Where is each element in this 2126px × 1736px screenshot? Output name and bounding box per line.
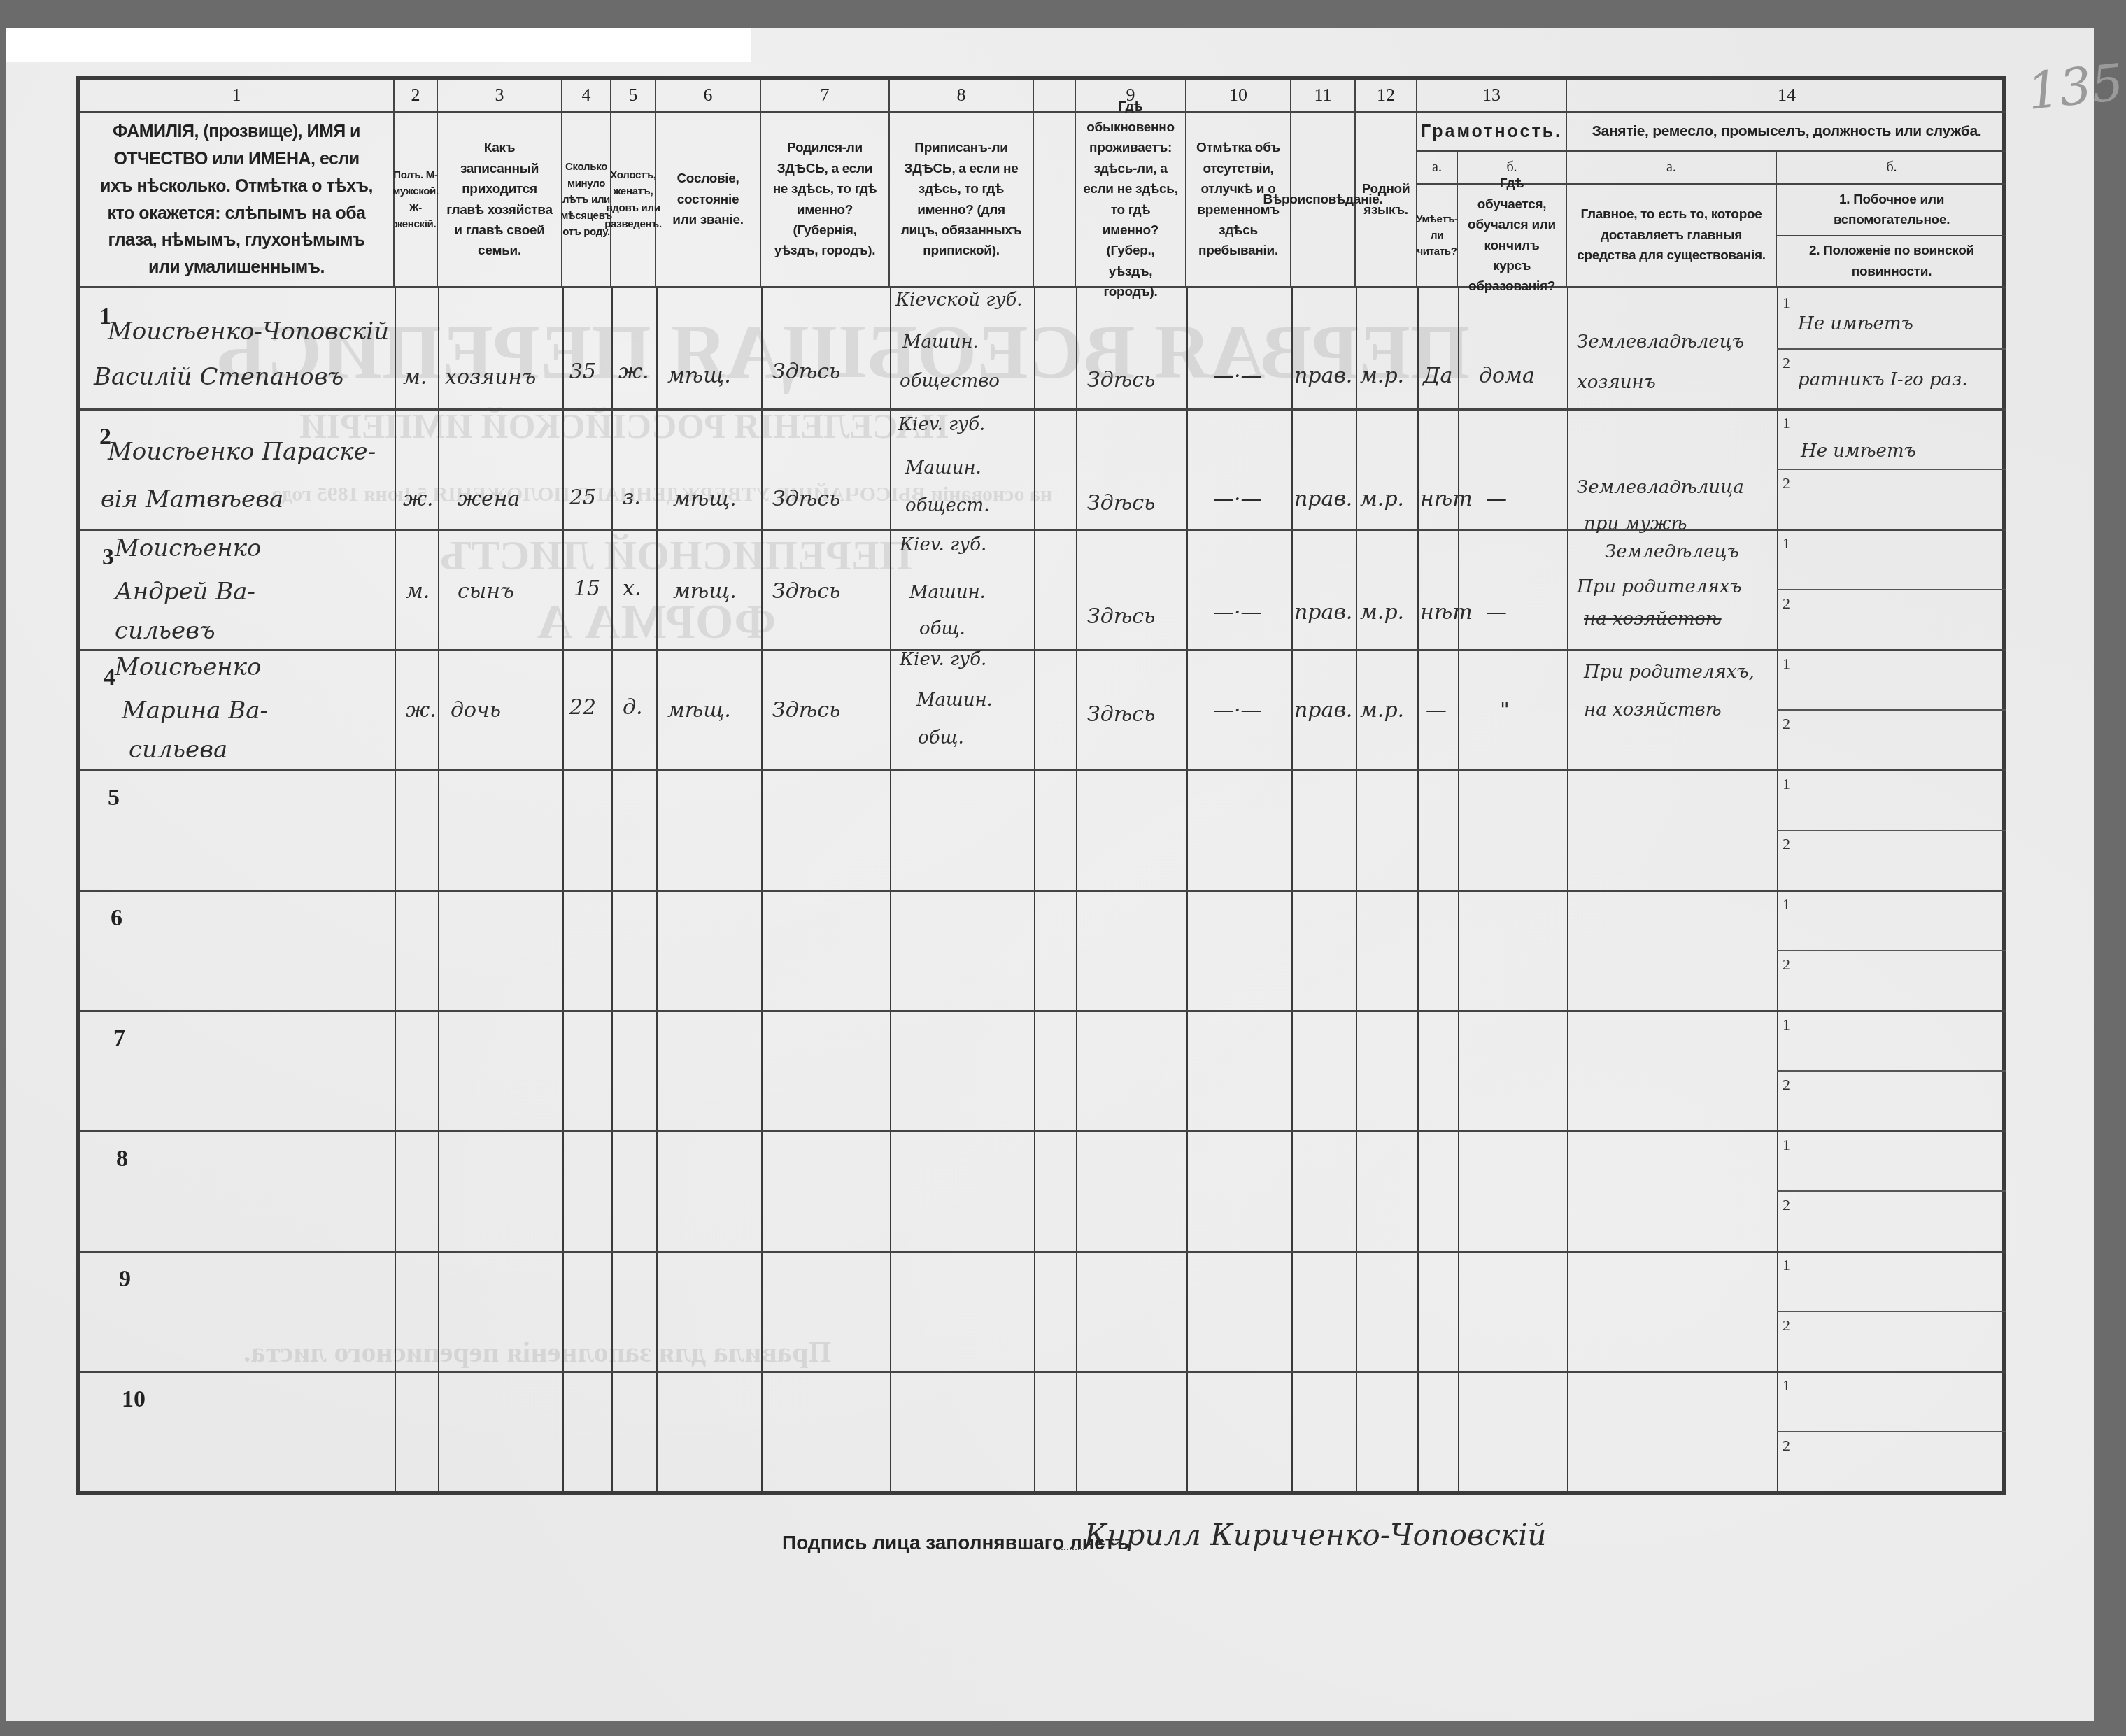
person-estate: мѣщ. bbox=[673, 579, 737, 604]
row-divider bbox=[80, 529, 1777, 531]
row-divider bbox=[1777, 649, 2006, 651]
subrow-divider bbox=[1777, 589, 2006, 590]
person-residence: Здѣсь bbox=[1087, 368, 1155, 392]
person-occupation-main-2: на хозяйствѣ bbox=[1584, 699, 1722, 720]
col-num-6: 6 bbox=[656, 80, 761, 113]
person-residence: Здѣсь bbox=[1087, 604, 1155, 629]
signature-label: Подпись лица заполнявшаго листъ bbox=[782, 1532, 1129, 1554]
person-occupation-struck: на хозяйствѣ bbox=[1584, 609, 1722, 629]
signature-leader bbox=[1056, 1549, 1084, 1550]
subrow-label: 2 bbox=[1783, 955, 1790, 974]
row-divider bbox=[80, 890, 1777, 892]
person-birthplace: Здѣсь bbox=[772, 579, 840, 604]
person-surname: Моисѣенко-Чоповскій bbox=[108, 318, 389, 346]
person-birthplace: Здѣсь bbox=[772, 360, 840, 384]
person-education: — bbox=[1486, 487, 1507, 511]
col-num-10: 10 bbox=[1186, 80, 1291, 113]
person-given-name: Василій Степановъ bbox=[94, 363, 343, 391]
person-side-occupation: Не имѣетъ bbox=[1801, 441, 1916, 462]
subrow-label: 2 bbox=[1783, 1437, 1790, 1455]
person-relation: жена bbox=[458, 487, 520, 511]
col-header-occupation: Занятіе, ремесло, промыселъ, должность и… bbox=[1567, 113, 2006, 152]
signature: Кирилл Кириченко-Чоповскій bbox=[1084, 1518, 1547, 1552]
person-marital: ж. bbox=[618, 360, 649, 384]
person-given-name: вія Матвѣева bbox=[101, 485, 283, 513]
person-age: 25 bbox=[569, 485, 596, 510]
person-marital: д. bbox=[623, 695, 643, 720]
row-number: 9 bbox=[119, 1266, 131, 1293]
subrow-label: 2 bbox=[1783, 354, 1790, 372]
person-residence: Здѣсь bbox=[1087, 702, 1155, 727]
subrow-divider bbox=[1777, 1311, 2006, 1312]
col-num-11: 11 bbox=[1291, 80, 1356, 113]
col-num-2: 2 bbox=[395, 80, 438, 113]
folio-number: 135 bbox=[2025, 52, 2126, 121]
row-divider bbox=[1777, 769, 2006, 771]
person-sex: ж. bbox=[403, 487, 434, 511]
person-registered-community: общ. bbox=[918, 727, 964, 748]
person-registered-town: Машин. bbox=[909, 582, 986, 603]
person-surname: Моисѣенко Параске- bbox=[108, 438, 376, 466]
row-divider bbox=[80, 1251, 1777, 1253]
subrow-label: 2 bbox=[1783, 715, 1790, 733]
subrow-divider bbox=[1777, 469, 2006, 470]
person-language: м.р. bbox=[1360, 600, 1404, 625]
person-surname: Моисѣенко bbox=[115, 534, 262, 562]
person-education: — bbox=[1486, 600, 1507, 625]
person-given-name: Марина Ва- bbox=[122, 697, 268, 725]
subrow-label: 1 bbox=[1783, 414, 1790, 432]
row-divider bbox=[1777, 529, 2006, 531]
person-absence: —·— bbox=[1213, 600, 1262, 625]
person-estate: мѣщ. bbox=[673, 487, 737, 511]
person-sex: м. bbox=[403, 365, 427, 390]
col-header-literacy: Грамотность. bbox=[1417, 113, 1567, 152]
subrow-divider bbox=[1777, 830, 2006, 831]
person-registered-community: общест. bbox=[905, 495, 989, 516]
person-literate: нѣт bbox=[1420, 487, 1473, 511]
person-religion: прав. bbox=[1294, 364, 1352, 388]
person-occupation-main: Землевладѣлица bbox=[1577, 477, 1744, 498]
row-number: 8 bbox=[116, 1146, 128, 1172]
col-num-14: 14 bbox=[1567, 80, 2006, 113]
subrow-label: 2 bbox=[1783, 1316, 1790, 1335]
col-header-born: Родился-ли ЗДѢСЬ, а если не здѣсь, то гд… bbox=[761, 113, 890, 288]
person-side-occupation: Не имѣетъ bbox=[1798, 313, 1913, 334]
col-header-name: ФАМИЛІЯ, (прозвище), ИМЯ и ОТЧЕСТВО или … bbox=[80, 113, 395, 288]
person-language: м.р. bbox=[1360, 364, 1404, 388]
person-sex: м. bbox=[406, 579, 430, 604]
subrow-divider bbox=[1777, 1431, 2006, 1432]
subrow-label: 1 bbox=[1783, 895, 1790, 913]
person-marital: х. bbox=[623, 576, 641, 601]
col-header-side-occupation: 1. Побочное или вспомогательное. bbox=[1777, 185, 2006, 236]
row-divider bbox=[1777, 1251, 2006, 1253]
person-age: 35 bbox=[569, 360, 596, 384]
row-number: 4 bbox=[104, 664, 115, 691]
person-relation: сынъ bbox=[458, 579, 514, 604]
col-num-5: 5 bbox=[611, 80, 656, 113]
person-language: м.р. bbox=[1360, 487, 1404, 511]
person-registered-community: общ. bbox=[919, 618, 965, 639]
person-estate: мѣщ. bbox=[667, 698, 731, 723]
col-num-8: 8 bbox=[890, 80, 1034, 113]
person-religion: прав. bbox=[1294, 698, 1352, 723]
col-header-registered: Приписанъ-ли ЗДѢСЬ, а если не здѣсь, то … bbox=[890, 113, 1034, 288]
col-header-estate: Сословіе, состояніе или званіе. bbox=[656, 113, 761, 288]
col-header-language: Родной языкъ. bbox=[1356, 113, 1417, 288]
subrow-divider bbox=[1777, 1070, 2006, 1072]
row-divider bbox=[80, 769, 1777, 771]
col-header-main-occupation: Главное, то есть то, которое доставляетъ… bbox=[1567, 185, 1777, 288]
person-given-name: Андрей Ва- bbox=[115, 578, 255, 606]
col-header-marital: Холостъ, женатъ, вдовъ или разведенъ. bbox=[611, 113, 656, 288]
row-divider bbox=[1777, 890, 2006, 892]
row-number: 10 bbox=[122, 1386, 146, 1413]
col-num-4: 4 bbox=[562, 80, 611, 113]
person-occupation-main: Земледѣлецъ bbox=[1605, 541, 1739, 562]
col-14a-label: а. bbox=[1567, 152, 1777, 185]
row-divider bbox=[1777, 1371, 2006, 1373]
person-surname: Моисѣенко bbox=[115, 653, 262, 681]
col-num-13: 13 bbox=[1417, 80, 1567, 113]
person-absence: —·— bbox=[1213, 487, 1262, 511]
row-divider bbox=[80, 1371, 1777, 1373]
scan-margin bbox=[6, 28, 751, 62]
person-registered-town: Машин. bbox=[916, 690, 993, 711]
row-divider bbox=[80, 1010, 1777, 1012]
subrow-label: 1 bbox=[1783, 775, 1790, 793]
person-occupation-main-2: при мужѣ bbox=[1584, 513, 1687, 534]
person-registered-province: Кiev. губ. bbox=[900, 534, 986, 555]
subrow-label: 1 bbox=[1783, 294, 1790, 312]
col-num-7: 7 bbox=[761, 80, 890, 113]
person-given-name-cont: сильева bbox=[129, 736, 227, 764]
person-registered-province: Кievской губ. bbox=[895, 290, 1023, 311]
col-num-blank bbox=[1034, 80, 1076, 113]
person-estate: мѣщ. bbox=[667, 364, 731, 388]
col-header-sex: Полъ. М-мужской. Ж-женскій. bbox=[395, 113, 438, 288]
subrow-label: 2 bbox=[1783, 835, 1790, 853]
col-header-can-read: Умѣетъ-ли читать? bbox=[1417, 185, 1458, 288]
subrow-label: 1 bbox=[1783, 1016, 1790, 1034]
person-registered-town: Машин. bbox=[905, 457, 981, 478]
person-religion: прав. bbox=[1294, 487, 1352, 511]
col-num-3: 3 bbox=[438, 80, 562, 113]
subrow-divider bbox=[1777, 1190, 2006, 1192]
person-residence: Здѣсь bbox=[1087, 491, 1155, 515]
subrow-label: 2 bbox=[1783, 595, 1790, 613]
person-age: 22 bbox=[569, 695, 596, 720]
person-registered-province: Кiev. губ. bbox=[898, 414, 985, 435]
col-14b-label: б. bbox=[1777, 152, 2006, 185]
person-relation: хозяинъ bbox=[445, 365, 536, 390]
person-literate: Да bbox=[1423, 364, 1452, 388]
subrow-label: 1 bbox=[1783, 1376, 1790, 1395]
person-absence: —·— bbox=[1213, 698, 1262, 723]
subrow-divider bbox=[1777, 950, 2006, 951]
person-religion: прав. bbox=[1294, 600, 1352, 625]
row-divider bbox=[80, 408, 1777, 411]
person-age: 15 bbox=[574, 576, 600, 601]
col-13a-label: а. bbox=[1417, 152, 1458, 185]
subrow-divider bbox=[1777, 348, 2006, 350]
person-occupation-main-2: При родителяхъ bbox=[1577, 576, 1742, 597]
person-language: м.р. bbox=[1360, 698, 1404, 723]
subrow-label: 1 bbox=[1783, 1256, 1790, 1274]
person-registered-province: Кiev. губ. bbox=[900, 649, 986, 670]
col-header-residence: Гдѣ обыкновенно проживаетъ: здѣсь-ли, а … bbox=[1076, 113, 1186, 288]
subrow-label: 1 bbox=[1783, 534, 1790, 553]
col-num-1: 1 bbox=[80, 80, 395, 113]
person-birthplace: Здѣсь bbox=[772, 487, 840, 511]
person-registered-community: общество bbox=[900, 371, 1000, 392]
subrow-label: 2 bbox=[1783, 1076, 1790, 1094]
row-number: 7 bbox=[113, 1025, 125, 1052]
person-education: " bbox=[1500, 698, 1510, 723]
person-education: дома bbox=[1479, 364, 1535, 388]
subrow-label: 2 bbox=[1783, 1196, 1790, 1214]
person-birthplace: Здѣсь bbox=[772, 698, 840, 723]
subrow-label: 1 bbox=[1783, 655, 1790, 673]
person-sex: ж. bbox=[406, 698, 437, 723]
row-divider bbox=[80, 1130, 1777, 1132]
col-num-12: 12 bbox=[1356, 80, 1417, 113]
subrow-label: 1 bbox=[1783, 1136, 1790, 1154]
row-divider bbox=[1777, 408, 2006, 411]
census-table: 1 2 3 4 5 6 7 8 9 10 11 12 13 14 ФАМИЛІЯ… bbox=[76, 76, 2006, 1495]
person-occupation-main: Землевладѣлецъ bbox=[1577, 332, 1744, 353]
row-number: 6 bbox=[111, 905, 122, 932]
person-occupation-main-2: хозяинъ bbox=[1577, 372, 1656, 393]
person-registered-town: Машин. bbox=[902, 332, 979, 353]
col-header-blank bbox=[1034, 113, 1076, 288]
row-number: 5 bbox=[108, 785, 120, 811]
person-military-status: ратникъ I-го раз. bbox=[1798, 369, 1968, 390]
subrow-divider bbox=[1777, 709, 2006, 711]
person-relation: дочь bbox=[451, 698, 501, 723]
person-marital: з. bbox=[623, 485, 641, 510]
row-number: 3 bbox=[102, 544, 114, 571]
col-header-relation: Какъ записанный приходится главѣ хозяйст… bbox=[438, 113, 562, 288]
person-literate: — bbox=[1426, 698, 1447, 723]
person-occupation-main: При родителяхъ, bbox=[1584, 662, 1755, 683]
person-given-name-cont: сильевъ bbox=[115, 617, 215, 645]
row-divider bbox=[1777, 1010, 2006, 1012]
subrow-label: 2 bbox=[1783, 474, 1790, 492]
row-divider bbox=[1777, 1130, 2006, 1132]
person-absence: —·— bbox=[1213, 364, 1262, 388]
col-header-military: 2. Положеніе по воинской повинности. bbox=[1777, 236, 2006, 288]
col-header-education: Гдѣ обучается, обучался или кончилъ курс… bbox=[1458, 185, 1567, 288]
person-literate: нѣт bbox=[1420, 600, 1473, 625]
col-header-religion: Вѣроисповѣданіе. bbox=[1291, 113, 1356, 288]
